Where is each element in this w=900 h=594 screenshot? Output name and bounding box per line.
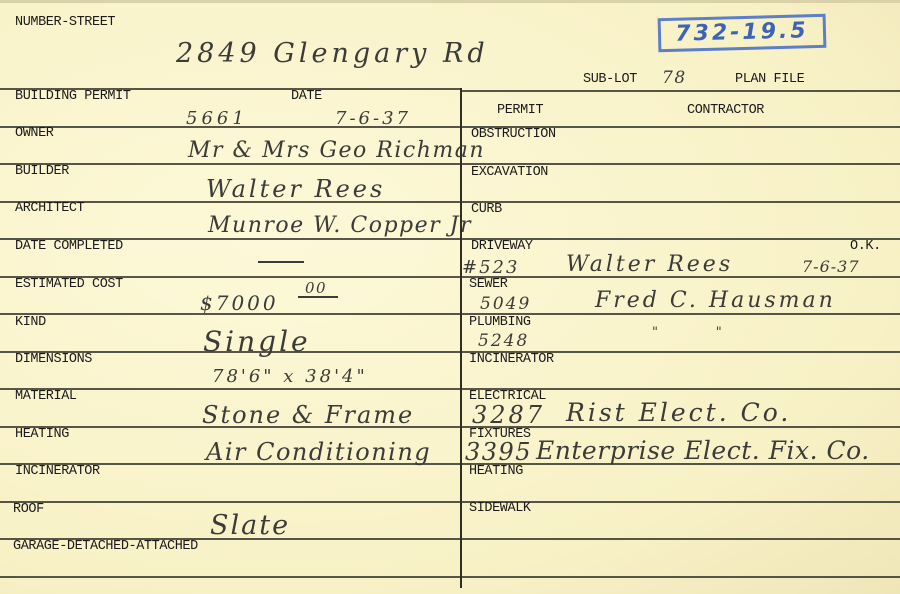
driveway-ok-label: O.K.: [850, 240, 881, 254]
cents-underline: [298, 296, 338, 298]
curb-label: CURB: [471, 203, 502, 217]
permit-column-header: PERMIT: [497, 104, 543, 118]
dimensions-value: 78'6" x 38'4": [212, 368, 368, 386]
rule: [0, 576, 900, 578]
heating-label: HEATING: [15, 428, 69, 442]
plumbing-contractor-ditto: " ": [652, 326, 723, 339]
driveway-label: DRIVEWAY: [471, 240, 533, 254]
kind-value: Single: [203, 328, 311, 356]
number-street-label: NUMBER-STREET: [15, 16, 115, 30]
rule: [0, 313, 900, 315]
rule: [0, 238, 900, 240]
electrical-contractor: Rist Elect. Co.: [566, 400, 791, 425]
sewer-permit: 5049: [480, 296, 531, 313]
fixtures-contractor: Enterprise Elect. Fix. Co.: [536, 438, 870, 463]
fixtures-permit: 3395: [465, 440, 532, 464]
sub-lot-value: 78: [662, 70, 687, 87]
file-number-stamp: 732-19.5: [658, 14, 827, 52]
estimated-cost-label: ESTIMATED COST: [15, 278, 123, 292]
estimated-cost-value: $7000: [200, 293, 279, 313]
plan-file-label: PLAN FILE: [735, 73, 804, 87]
roof-label: ROOF: [13, 503, 44, 517]
builder-label: BUILDER: [15, 165, 69, 179]
driveway-date: 7-6-37: [802, 259, 860, 275]
contractor-column-header: CONTRACTOR: [687, 104, 764, 118]
incinerator-permit-label: INCINERATOR: [469, 353, 554, 367]
sewer-label: SEWER: [469, 278, 508, 292]
owner-label: OWNER: [15, 127, 54, 141]
date-label: DATE: [291, 90, 322, 104]
rule: [0, 126, 900, 128]
address-value: 2849 Glengary Rd: [176, 40, 489, 67]
driveway-permit: #523: [462, 259, 519, 277]
rule: [0, 351, 900, 353]
column-divider: [460, 88, 462, 588]
excavation-label: EXCAVATION: [471, 166, 548, 180]
roof-value: Slate: [210, 512, 290, 539]
sewer-contractor: Fred C. Hausman: [595, 290, 836, 312]
electrical-permit: 3287: [472, 403, 545, 427]
architect-label: ARCHITECT: [15, 202, 84, 216]
garage-label: GARAGE-DETACHED-ATTACHED: [13, 540, 198, 554]
heating-permit-label: HEATING: [469, 465, 523, 479]
material-value: Stone & Frame: [202, 403, 414, 427]
builder-value: Walter Rees: [206, 177, 385, 201]
architect-value: Munroe W. Copper Jr: [208, 215, 472, 237]
card-top-edge: [0, 0, 900, 3]
driveway-contractor: Walter Rees: [566, 254, 733, 276]
rule: [0, 276, 900, 278]
kind-label: KIND: [15, 316, 46, 330]
material-label: MATERIAL: [15, 390, 77, 404]
heating-value: Air Conditioning: [206, 440, 431, 464]
sidewalk-label: SIDEWALK: [469, 502, 531, 516]
rule: [0, 163, 900, 165]
date-value: 7-6-37: [335, 110, 411, 128]
dimensions-label: DIMENSIONS: [15, 353, 92, 367]
date-completed-dash: [258, 261, 304, 263]
building-permit-label: BUILDING PERMIT: [15, 90, 131, 104]
plumbing-permit: 5248: [478, 333, 529, 350]
incinerator-label: INCINERATOR: [15, 465, 100, 479]
sub-lot-label: SUB-LOT: [583, 73, 637, 87]
rule: [460, 90, 900, 92]
rule: [0, 501, 900, 503]
rule: [0, 388, 900, 390]
obstruction-label: OBSTRUCTION: [471, 128, 556, 142]
rule: [0, 201, 900, 203]
owner-value: Mr & Mrs Geo Richman: [188, 140, 485, 162]
date-completed-label: DATE COMPLETED: [15, 240, 123, 254]
building-permit-index-card: 732-19.5 NUMBER-STREET 2849 Glengary Rd …: [0, 0, 900, 594]
building-permit-value: 5661: [186, 110, 248, 128]
estimated-cost-cents: 00: [305, 281, 327, 296]
plumbing-label: PLUMBING: [469, 316, 531, 330]
